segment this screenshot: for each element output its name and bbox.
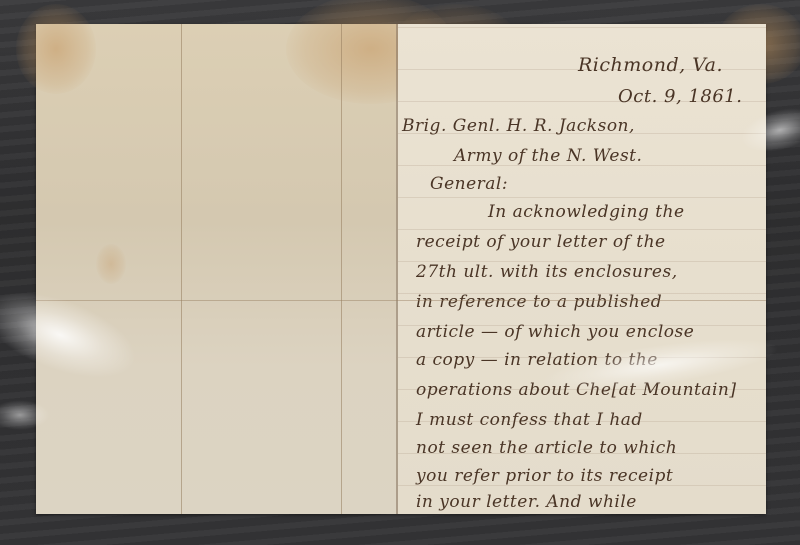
- fold-crease: [341, 24, 342, 514]
- letter-date: Oct. 9, 1861.: [618, 86, 742, 107]
- fold-crease: [36, 300, 766, 301]
- letter-line: In acknowledging the: [488, 202, 685, 222]
- letter-line: in reference to a published: [416, 292, 662, 312]
- blank-left-page: [36, 24, 396, 514]
- letter-line: a copy — in relation to the: [416, 350, 658, 370]
- page-fold: [396, 24, 398, 514]
- fold-crease: [181, 24, 182, 514]
- letter-line: not seen the article to which: [416, 438, 677, 458]
- water-stain: [96, 244, 126, 284]
- letter-sheet: Richmond, Va. Oct. 9, 1861. Brig. Genl. …: [36, 24, 766, 514]
- letter-salutation: General:: [430, 174, 508, 194]
- letter-place: Richmond, Va.: [578, 54, 723, 76]
- letter-line: you refer prior to its receipt: [416, 466, 673, 486]
- letter-line: 27th ult. with its enclosures,: [416, 262, 678, 282]
- letter-recipient: Brig. Genl. H. R. Jackson,: [402, 116, 635, 136]
- letter-line: I must confess that I had: [416, 410, 643, 430]
- written-right-page: Richmond, Va. Oct. 9, 1861. Brig. Genl. …: [398, 24, 766, 514]
- letter-line: operations about Che[at Mountain]: [416, 380, 737, 400]
- letter-line: receipt of your letter of the: [416, 232, 666, 252]
- letter-recipient-unit: Army of the N. West.: [454, 146, 642, 166]
- water-stain: [16, 4, 96, 94]
- letter-line: in your letter. And while: [416, 492, 637, 512]
- letter-line: article — of which you enclose: [416, 322, 694, 342]
